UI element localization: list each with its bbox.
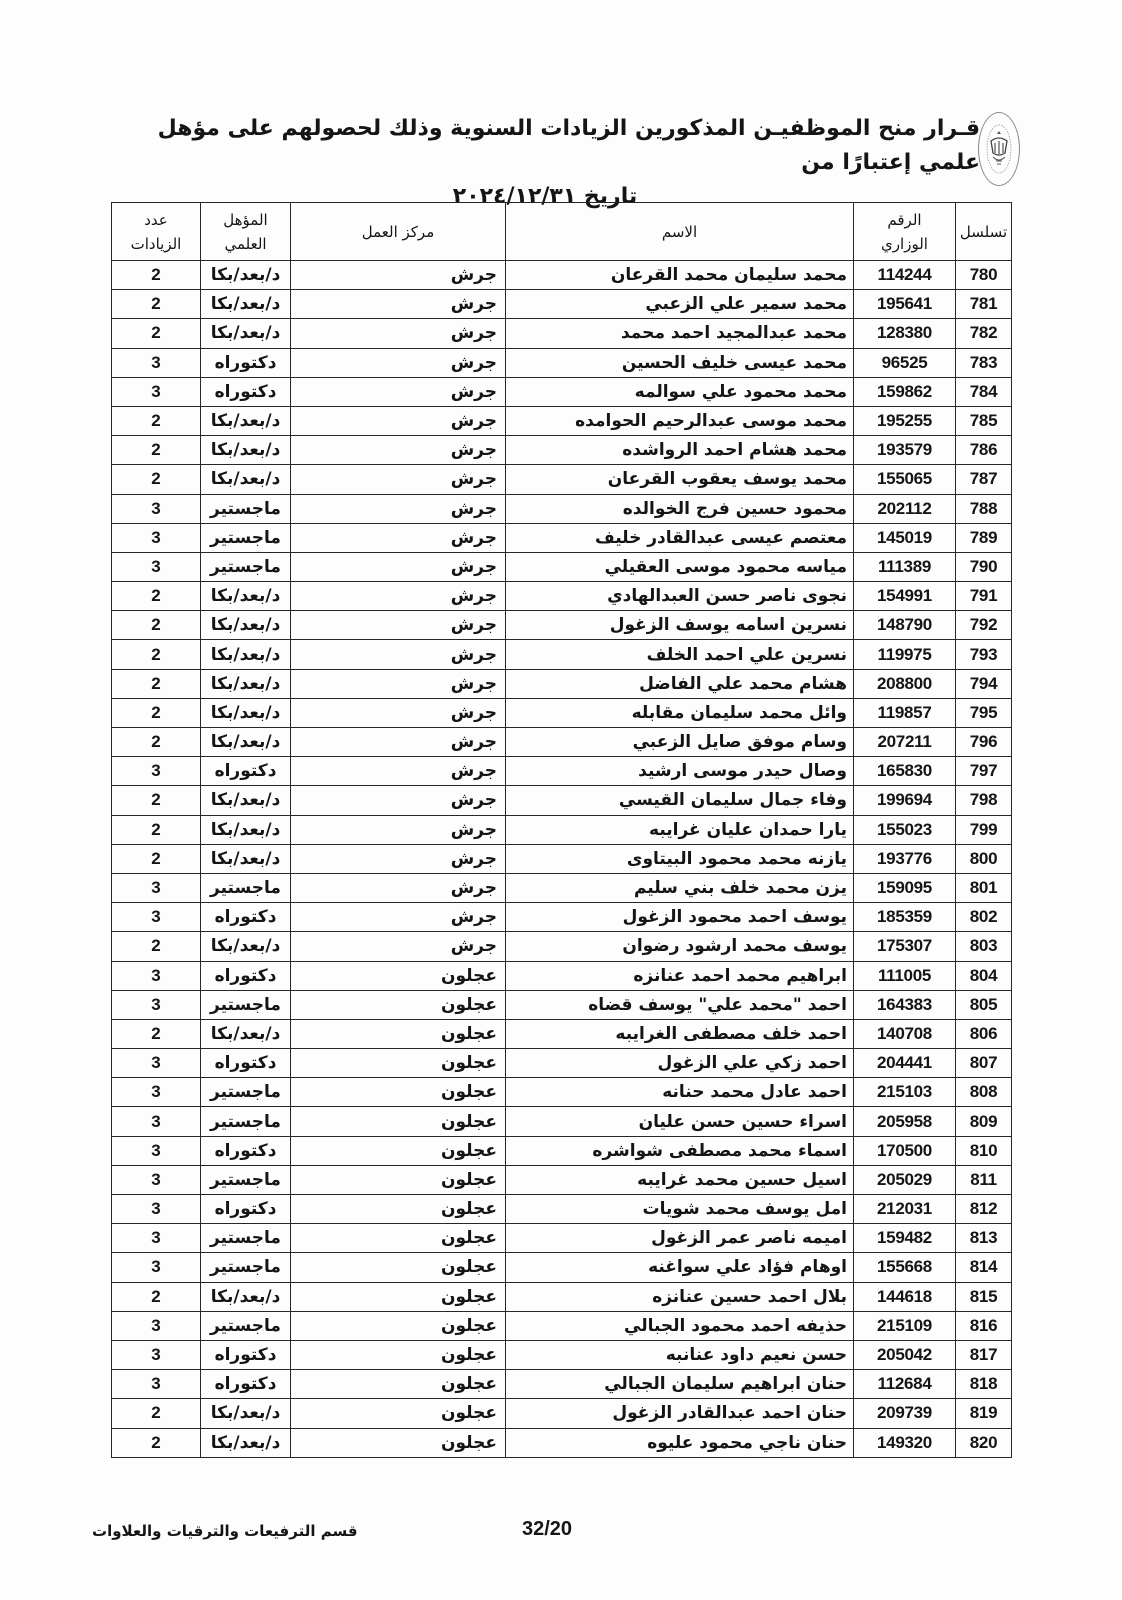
cell-increments: 3 — [112, 552, 201, 581]
table-row: 815144618بلال احمد حسين عنانزهعجلوند/بعد… — [112, 1282, 1012, 1311]
cell-qualification: ماجستير — [201, 1107, 291, 1136]
cell-work-center: جرش — [291, 406, 506, 435]
cell-qualification: د/بعد/بكا — [201, 1399, 291, 1428]
cell-seq: 785 — [956, 406, 1012, 435]
cell-work-center: جرش — [291, 815, 506, 844]
cell-qualification: ماجستير — [201, 1224, 291, 1253]
title-line-1: قـرار منح الموظفيـن المذكورين الزيادات ا… — [110, 112, 980, 180]
header-label: عدد — [144, 211, 168, 229]
cell-ministry-id: 112684 — [854, 1370, 956, 1399]
cell-name: محمد سليمان محمد القرعان — [506, 261, 854, 290]
cell-seq: 800 — [956, 844, 1012, 873]
col-header-work-center: مركز العمل — [291, 203, 506, 261]
cell-seq: 789 — [956, 523, 1012, 552]
cell-name: احمد عادل محمد حنانه — [506, 1078, 854, 1107]
cell-name: يوسف محمد ارشود رضوان — [506, 932, 854, 961]
cell-qualification: د/بعد/بكا — [201, 1428, 291, 1457]
cell-name: احمد خلف مصطفى الغرايبه — [506, 1019, 854, 1048]
cell-qualification: دكتوراه — [201, 377, 291, 406]
cell-increments: 2 — [112, 698, 201, 727]
cell-name: نسرين اسامه يوسف الزغول — [506, 611, 854, 640]
cell-increments: 2 — [112, 465, 201, 494]
cell-increments: 2 — [112, 728, 201, 757]
header-label: تسلسل — [960, 223, 1007, 241]
table-row: 806140708احمد خلف مصطفى الغرايبهعجلوند/ب… — [112, 1019, 1012, 1048]
cell-name: اسيل حسين محمد غرايبه — [506, 1165, 854, 1194]
cell-work-center: جرش — [291, 932, 506, 961]
cell-work-center: جرش — [291, 290, 506, 319]
document-title: قـرار منح الموظفيـن المذكورين الزيادات ا… — [110, 112, 980, 214]
table-row: 784159862محمد محمود علي سوالمهجرشدكتوراه… — [112, 377, 1012, 406]
cell-name: اميمه ناصر عمر الزغول — [506, 1224, 854, 1253]
header-label: الرقم — [887, 211, 921, 229]
cell-ministry-id: 119857 — [854, 698, 956, 727]
cell-ministry-id: 193776 — [854, 844, 956, 873]
col-header-increments: عددالزيادات — [112, 203, 201, 261]
cell-increments: 3 — [112, 1136, 201, 1165]
cell-name: يزن محمد خلف بني سليم — [506, 873, 854, 902]
cell-seq: 791 — [956, 582, 1012, 611]
cell-increments: 2 — [112, 640, 201, 669]
cell-increments: 3 — [112, 1311, 201, 1340]
table-row: 796207211وسام موفق صايل الزعبيجرشد/بعد/ب… — [112, 728, 1012, 757]
cell-work-center: جرش — [291, 640, 506, 669]
cell-ministry-id: 205042 — [854, 1340, 956, 1369]
cell-work-center: عجلون — [291, 1195, 506, 1224]
cell-work-center: عجلون — [291, 1370, 506, 1399]
cell-name: اسماء محمد مصطفى شواشره — [506, 1136, 854, 1165]
header-label: الزيادات — [131, 235, 182, 253]
cell-work-center: جرش — [291, 786, 506, 815]
table-row: 812212031امل يوسف محمد شوياتعجلوندكتوراه… — [112, 1195, 1012, 1224]
cell-name: محمد عيسى خليف الحسين — [506, 348, 854, 377]
cell-increments: 3 — [112, 1370, 201, 1399]
cell-seq: 790 — [956, 552, 1012, 581]
cell-work-center: جرش — [291, 319, 506, 348]
cell-name: معتصم عيسى عبدالقادر خليف — [506, 523, 854, 552]
cell-work-center: عجلون — [291, 1399, 506, 1428]
table-row: 820149320حنان ناجي محمود عليوهعجلوند/بعد… — [112, 1428, 1012, 1457]
cell-work-center: جرش — [291, 552, 506, 581]
cell-name: محمد موسى عبدالرحيم الحوامده — [506, 406, 854, 435]
cell-work-center: جرش — [291, 844, 506, 873]
cell-qualification: دكتوراه — [201, 1136, 291, 1165]
cell-seq: 815 — [956, 1282, 1012, 1311]
table-row: 800193776يازنه محمد محمود البيتاوىجرشد/ب… — [112, 844, 1012, 873]
cell-work-center: عجلون — [291, 1428, 506, 1457]
cell-increments: 2 — [112, 1019, 201, 1048]
cell-increments: 3 — [112, 1049, 201, 1078]
cell-name: حنان ناجي محمود عليوه — [506, 1428, 854, 1457]
cell-increments: 3 — [112, 494, 201, 523]
cell-ministry-id: 164383 — [854, 990, 956, 1019]
cell-name: احمد "محمد علي" يوسف قضاه — [506, 990, 854, 1019]
table-row: 786193579محمد هشام احمد الرواشدهجرشد/بعد… — [112, 436, 1012, 465]
cell-ministry-id: 149320 — [854, 1428, 956, 1457]
cell-increments: 2 — [112, 815, 201, 844]
table-row: 811205029اسيل حسين محمد غرايبهعجلونماجست… — [112, 1165, 1012, 1194]
cell-increments: 2 — [112, 1428, 201, 1457]
cell-ministry-id: 207211 — [854, 728, 956, 757]
cell-ministry-id: 111005 — [854, 961, 956, 990]
cell-name: محمد هشام احمد الرواشده — [506, 436, 854, 465]
table-row: 804111005ابراهيم محمد احمد عنانزهعجلوندك… — [112, 961, 1012, 990]
table-header-row: تسلسل الرقمالوزاري الاسم مركز العمل المؤ… — [112, 203, 1012, 261]
cell-qualification: د/بعد/بكا — [201, 815, 291, 844]
cell-seq: 787 — [956, 465, 1012, 494]
cell-seq: 788 — [956, 494, 1012, 523]
cell-name: محمد عبدالمجيد احمد محمد — [506, 319, 854, 348]
cell-qualification: د/بعد/بكا — [201, 582, 291, 611]
cell-work-center: عجلون — [291, 1224, 506, 1253]
cell-increments: 3 — [112, 903, 201, 932]
cell-seq: 793 — [956, 640, 1012, 669]
table-row: 787155065محمد يوسف يعقوب القرعانجرشد/بعد… — [112, 465, 1012, 494]
cell-ministry-id: 159095 — [854, 873, 956, 902]
cell-qualification: د/بعد/بكا — [201, 436, 291, 465]
cell-seq: 809 — [956, 1107, 1012, 1136]
cell-qualification: دكتوراه — [201, 1049, 291, 1078]
cell-name: هشام محمد علي الفاضل — [506, 669, 854, 698]
cell-work-center: جرش — [291, 757, 506, 786]
table-row: 797165830وصال حيدر موسى ارشيدجرشدكتوراه3 — [112, 757, 1012, 786]
cell-work-center: جرش — [291, 377, 506, 406]
cell-seq: 816 — [956, 1311, 1012, 1340]
cell-increments: 2 — [112, 290, 201, 319]
cell-seq: 810 — [956, 1136, 1012, 1165]
cell-work-center: جرش — [291, 436, 506, 465]
cell-work-center: عجلون — [291, 1311, 506, 1340]
cell-increments: 2 — [112, 1282, 201, 1311]
cell-seq: 803 — [956, 932, 1012, 961]
cell-name: بلال احمد حسين عنانزه — [506, 1282, 854, 1311]
cell-ministry-id: 111389 — [854, 552, 956, 581]
cell-ministry-id: 204441 — [854, 1049, 956, 1078]
cell-increments: 3 — [112, 961, 201, 990]
cell-increments: 2 — [112, 786, 201, 815]
table-row: 810170500اسماء محمد مصطفى شواشرهعجلوندكت… — [112, 1136, 1012, 1165]
cell-qualification: د/بعد/بكا — [201, 698, 291, 727]
table-row: 817205042حسن نعيم داود عنانبهعجلوندكتورا… — [112, 1340, 1012, 1369]
table-row: 790111389مياسه محمود موسى العقيليجرشماجس… — [112, 552, 1012, 581]
cell-qualification: د/بعد/بكا — [201, 1282, 291, 1311]
cell-work-center: جرش — [291, 348, 506, 377]
cell-seq: 807 — [956, 1049, 1012, 1078]
table-row: 782128380محمد عبدالمجيد احمد محمدجرشد/بع… — [112, 319, 1012, 348]
cell-ministry-id: 175307 — [854, 932, 956, 961]
cell-qualification: د/بعد/بكا — [201, 669, 291, 698]
cell-qualification: د/بعد/بكا — [201, 261, 291, 290]
cell-increments: 3 — [112, 1165, 201, 1194]
table-row: 807204441احمد زكي علي الزغولعجلوندكتوراه… — [112, 1049, 1012, 1078]
cell-seq: 802 — [956, 903, 1012, 932]
col-header-qualification: المؤهلالعلمي — [201, 203, 291, 261]
table-row: 792148790نسرين اسامه يوسف الزغولجرشد/بعد… — [112, 611, 1012, 640]
header-label: الوزاري — [881, 235, 928, 253]
cell-work-center: عجلون — [291, 1282, 506, 1311]
cell-qualification: دكتوراه — [201, 757, 291, 786]
cell-seq: 784 — [956, 377, 1012, 406]
cell-increments: 3 — [112, 523, 201, 552]
cell-qualification: د/بعد/بكا — [201, 1019, 291, 1048]
cell-increments: 2 — [112, 436, 201, 465]
cell-seq: 812 — [956, 1195, 1012, 1224]
cell-increments: 2 — [112, 669, 201, 698]
cell-seq: 796 — [956, 728, 1012, 757]
header-label: العلمي — [224, 235, 266, 253]
cell-name: امل يوسف محمد شويات — [506, 1195, 854, 1224]
emblem-icon — [984, 121, 1014, 177]
cell-name: وائل محمد سليمان مقابله — [506, 698, 854, 727]
cell-ministry-id: 119975 — [854, 640, 956, 669]
table-row: 781195641محمد سمير علي الزعبيجرشد/بعد/بك… — [112, 290, 1012, 319]
table-row: 789145019معتصم عيسى عبدالقادر خليفجرشماج… — [112, 523, 1012, 552]
cell-seq: 818 — [956, 1370, 1012, 1399]
cell-seq: 799 — [956, 815, 1012, 844]
cell-work-center: عجلون — [291, 1340, 506, 1369]
cell-work-center: جرش — [291, 523, 506, 552]
table-row: 788202112محمود حسين فرج الخوالدهجرشماجست… — [112, 494, 1012, 523]
cell-ministry-id: 212031 — [854, 1195, 956, 1224]
cell-increments: 3 — [112, 1195, 201, 1224]
cell-increments: 3 — [112, 990, 201, 1019]
cell-ministry-id: 195641 — [854, 290, 956, 319]
cell-name: احمد زكي علي الزغول — [506, 1049, 854, 1078]
cell-increments: 3 — [112, 757, 201, 786]
cell-work-center: عجلون — [291, 1136, 506, 1165]
cell-name: محمود حسين فرج الخوالده — [506, 494, 854, 523]
cell-ministry-id: 209739 — [854, 1399, 956, 1428]
cell-seq: 813 — [956, 1224, 1012, 1253]
cell-work-center: جرش — [291, 261, 506, 290]
cell-name: وسام موفق صايل الزعبي — [506, 728, 854, 757]
cell-qualification: دكتوراه — [201, 1195, 291, 1224]
cell-name: يارا حمدان عليان غرايبه — [506, 815, 854, 844]
cell-work-center: عجلون — [291, 1019, 506, 1048]
cell-ministry-id: 128380 — [854, 319, 956, 348]
cell-seq: 783 — [956, 348, 1012, 377]
cell-increments: 2 — [112, 261, 201, 290]
cell-work-center: جرش — [291, 611, 506, 640]
cell-qualification: دكتوراه — [201, 961, 291, 990]
table-row: 780114244محمد سليمان محمد القرعانجرشد/بع… — [112, 261, 1012, 290]
table-row: 808215103احمد عادل محمد حنانهعجلونماجستي… — [112, 1078, 1012, 1107]
cell-work-center: عجلون — [291, 961, 506, 990]
cell-work-center: جرش — [291, 582, 506, 611]
cell-name: يازنه محمد محمود البيتاوى — [506, 844, 854, 873]
cell-qualification: ماجستير — [201, 1078, 291, 1107]
cell-increments: 3 — [112, 1107, 201, 1136]
cell-work-center: جرش — [291, 903, 506, 932]
cell-qualification: دكتوراه — [201, 1370, 291, 1399]
cell-ministry-id: 195255 — [854, 406, 956, 435]
header-label: مركز العمل — [362, 223, 435, 241]
col-header-seq: تسلسل — [956, 203, 1012, 261]
table-row: 795119857وائل محمد سليمان مقابلهجرشد/بعد… — [112, 698, 1012, 727]
cell-increments: 2 — [112, 844, 201, 873]
cell-seq: 804 — [956, 961, 1012, 990]
cell-ministry-id: 159862 — [854, 377, 956, 406]
cell-ministry-id: 155023 — [854, 815, 956, 844]
cell-seq: 795 — [956, 698, 1012, 727]
table-row: 798199694وفاء جمال سليمان القيسيجرشد/بعد… — [112, 786, 1012, 815]
cell-name: محمد يوسف يعقوب القرعان — [506, 465, 854, 494]
cell-qualification: ماجستير — [201, 873, 291, 902]
cell-ministry-id: 193579 — [854, 436, 956, 465]
cell-ministry-id: 199694 — [854, 786, 956, 815]
cell-name: اوهام فؤاد علي سواغنه — [506, 1253, 854, 1282]
cell-qualification: د/بعد/بكا — [201, 611, 291, 640]
cell-seq: 808 — [956, 1078, 1012, 1107]
cell-name: وفاء جمال سليمان القيسي — [506, 786, 854, 815]
cell-qualification: دكتوراه — [201, 1340, 291, 1369]
cell-increments: 3 — [112, 1078, 201, 1107]
cell-work-center: عجلون — [291, 1078, 506, 1107]
header-label: المؤهل — [223, 211, 267, 229]
cell-seq: 806 — [956, 1019, 1012, 1048]
cell-seq: 820 — [956, 1428, 1012, 1457]
cell-name: حذيفه احمد محمود الجبالي — [506, 1311, 854, 1340]
cell-ministry-id: 145019 — [854, 523, 956, 552]
cell-qualification: ماجستير — [201, 523, 291, 552]
cell-name: حنان احمد عبدالقادر الزغول — [506, 1399, 854, 1428]
cell-qualification: ماجستير — [201, 494, 291, 523]
cell-qualification: د/بعد/بكا — [201, 844, 291, 873]
cell-ministry-id: 114244 — [854, 261, 956, 290]
cell-qualification: د/بعد/بكا — [201, 290, 291, 319]
table-row: 794208800هشام محمد علي الفاضلجرشد/بعد/بك… — [112, 669, 1012, 698]
cell-qualification: د/بعد/بكا — [201, 406, 291, 435]
cell-ministry-id: 155668 — [854, 1253, 956, 1282]
cell-qualification: دكتوراه — [201, 348, 291, 377]
cell-ministry-id: 159482 — [854, 1224, 956, 1253]
table-row: 78396525محمد عيسى خليف الحسينجرشدكتوراه3 — [112, 348, 1012, 377]
cell-name: محمد سمير علي الزعبي — [506, 290, 854, 319]
cell-qualification: ماجستير — [201, 1165, 291, 1194]
cell-increments: 3 — [112, 1253, 201, 1282]
cell-increments: 3 — [112, 377, 201, 406]
cell-seq: 819 — [956, 1399, 1012, 1428]
cell-qualification: ماجستير — [201, 552, 291, 581]
cell-qualification: د/بعد/بكا — [201, 640, 291, 669]
cell-seq: 811 — [956, 1165, 1012, 1194]
table-row: 799155023يارا حمدان عليان غرايبهجرشد/بعد… — [112, 815, 1012, 844]
cell-ministry-id: 154991 — [854, 582, 956, 611]
cell-ministry-id: 144618 — [854, 1282, 956, 1311]
cell-seq: 817 — [956, 1340, 1012, 1369]
cell-ministry-id: 170500 — [854, 1136, 956, 1165]
cell-name: مياسه محمود موسى العقيلي — [506, 552, 854, 581]
cell-seq: 780 — [956, 261, 1012, 290]
employees-table: تسلسل الرقمالوزاري الاسم مركز العمل المؤ… — [111, 202, 1012, 1458]
cell-qualification: د/بعد/بكا — [201, 728, 291, 757]
coat-of-arms-icon — [978, 112, 1020, 186]
cell-work-center: جرش — [291, 494, 506, 523]
cell-ministry-id: 215103 — [854, 1078, 956, 1107]
cell-seq: 794 — [956, 669, 1012, 698]
cell-increments: 2 — [112, 932, 201, 961]
cell-qualification: ماجستير — [201, 1311, 291, 1340]
cell-work-center: جرش — [291, 465, 506, 494]
cell-qualification: د/بعد/بكا — [201, 786, 291, 815]
col-header-name: الاسم — [506, 203, 854, 261]
cell-ministry-id: 155065 — [854, 465, 956, 494]
cell-seq: 786 — [956, 436, 1012, 465]
cell-name: اسراء حسين حسن عليان — [506, 1107, 854, 1136]
cell-ministry-id: 208800 — [854, 669, 956, 698]
table-row: 816215109حذيفه احمد محمود الجباليعجلونما… — [112, 1311, 1012, 1340]
cell-seq: 781 — [956, 290, 1012, 319]
cell-seq: 792 — [956, 611, 1012, 640]
cell-qualification: دكتوراه — [201, 903, 291, 932]
cell-qualification: د/بعد/بكا — [201, 465, 291, 494]
cell-ministry-id: 185359 — [854, 903, 956, 932]
cell-ministry-id: 205029 — [854, 1165, 956, 1194]
cell-increments: 2 — [112, 1399, 201, 1428]
cell-work-center: عجلون — [291, 990, 506, 1019]
cell-ministry-id: 205958 — [854, 1107, 956, 1136]
cell-ministry-id: 96525 — [854, 348, 956, 377]
cell-ministry-id: 165830 — [854, 757, 956, 786]
cell-ministry-id: 215109 — [854, 1311, 956, 1340]
cell-work-center: عجلون — [291, 1165, 506, 1194]
cell-seq: 805 — [956, 990, 1012, 1019]
cell-increments: 3 — [112, 348, 201, 377]
cell-work-center: جرش — [291, 698, 506, 727]
cell-name: نجوى ناصر حسن العبدالهادي — [506, 582, 854, 611]
cell-name: نسرين علي احمد الخلف — [506, 640, 854, 669]
cell-ministry-id: 202112 — [854, 494, 956, 523]
cell-work-center: عجلون — [291, 1107, 506, 1136]
header-label: الاسم — [662, 223, 697, 241]
department-name: قسم الترفيعات والترقيات والعلاوات — [92, 1522, 358, 1540]
cell-seq: 814 — [956, 1253, 1012, 1282]
cell-increments: 2 — [112, 406, 201, 435]
table-row: 809205958اسراء حسين حسن عليانعجلونماجستي… — [112, 1107, 1012, 1136]
cell-increments: 3 — [112, 1224, 201, 1253]
cell-qualification: ماجستير — [201, 1253, 291, 1282]
cell-increments: 2 — [112, 319, 201, 348]
cell-qualification: د/بعد/بكا — [201, 932, 291, 961]
cell-ministry-id: 148790 — [854, 611, 956, 640]
table-row: 805164383احمد "محمد علي" يوسف قضاهعجلونم… — [112, 990, 1012, 1019]
table-row: 791154991نجوى ناصر حسن العبدالهاديجرشد/ب… — [112, 582, 1012, 611]
cell-name: ابراهيم محمد احمد عنانزه — [506, 961, 854, 990]
cell-work-center: جرش — [291, 873, 506, 902]
cell-name: وصال حيدر موسى ارشيد — [506, 757, 854, 786]
cell-work-center: عجلون — [291, 1253, 506, 1282]
cell-increments: 3 — [112, 1340, 201, 1369]
cell-work-center: عجلون — [291, 1049, 506, 1078]
cell-increments: 3 — [112, 873, 201, 902]
table-row: 785195255محمد موسى عبدالرحيم الحوامدهجرش… — [112, 406, 1012, 435]
table-row: 818112684حنان ابراهيم سليمان الجباليعجلو… — [112, 1370, 1012, 1399]
cell-name: حسن نعيم داود عنانبه — [506, 1340, 854, 1369]
cell-qualification: ماجستير — [201, 990, 291, 1019]
cell-seq: 797 — [956, 757, 1012, 786]
table-row: 819209739حنان احمد عبدالقادر الزغولعجلون… — [112, 1399, 1012, 1428]
cell-name: حنان ابراهيم سليمان الجبالي — [506, 1370, 854, 1399]
table-row: 814155668اوهام فؤاد علي سواغنهعجلونماجست… — [112, 1253, 1012, 1282]
cell-name: محمد محمود علي سوالمه — [506, 377, 854, 406]
cell-work-center: جرش — [291, 669, 506, 698]
cell-seq: 798 — [956, 786, 1012, 815]
table-row: 813159482اميمه ناصر عمر الزغولعجلونماجست… — [112, 1224, 1012, 1253]
cell-seq: 801 — [956, 873, 1012, 902]
cell-work-center: جرش — [291, 728, 506, 757]
table-body: 780114244محمد سليمان محمد القرعانجرشد/بع… — [112, 261, 1012, 1458]
cell-ministry-id: 140708 — [854, 1019, 956, 1048]
